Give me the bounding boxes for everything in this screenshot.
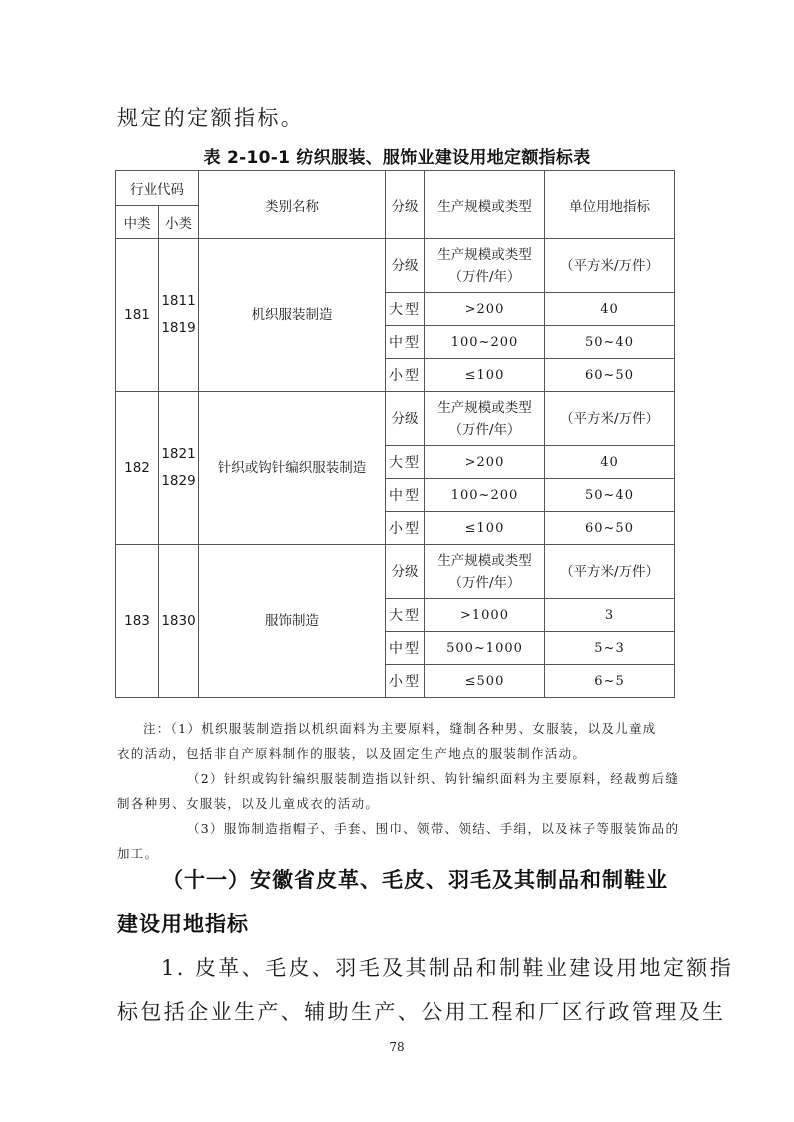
sub-class-code: 1830	[159, 608, 198, 635]
grade-subheader: 分级	[386, 239, 425, 293]
index-cell: 5~3	[545, 632, 675, 665]
note-line: 制各种男、女服装，以及儿童成衣的活动。	[117, 791, 677, 816]
scale-subheader: 生产规模或类型 （万件/年）	[425, 239, 545, 293]
grade-cell: 小型	[386, 665, 425, 698]
scale-cell: ≤500	[425, 665, 545, 698]
sub-class-cell: 1821 1829	[159, 392, 199, 545]
grade-cell: 小型	[386, 359, 425, 392]
sub-class-code: 1821	[159, 441, 198, 468]
header-land-index: 单位用地指标	[545, 171, 675, 239]
scale-cell: ≤100	[425, 512, 545, 545]
note-line: （3）服饰制造指帽子、手套、围巾、领带、领结、手绢，以及袜子等服装饰品的	[117, 816, 677, 841]
scale-cell: 100~200	[425, 479, 545, 512]
header-mid-class: 中类	[116, 206, 159, 239]
grade-subheader: 分级	[386, 392, 425, 446]
table-notes: 注：（1）机织服装制造指以机织面料为主要原料，缝制各种男、女服装，以及儿童成 衣…	[117, 716, 677, 866]
unit-subheader: （平方米/万件）	[545, 545, 675, 599]
note-line: 衣的活动，包括非自产原料制作的服装，以及固定生产地点的服装制作活动。	[117, 741, 677, 766]
grade-cell: 中型	[386, 632, 425, 665]
sub-class-cell: 1811 1819	[159, 239, 199, 392]
section-paragraph-line: 1. 皮革、毛皮、羽毛及其制品和制鞋业建设用地定额指	[161, 946, 721, 990]
index-cell: 60~50	[545, 359, 675, 392]
sub-class-code: 1829	[159, 468, 198, 495]
table-caption: 表 2-10-1 纺织服装、服饰业建设用地定额指标表	[0, 143, 794, 168]
section-heading: （十一）安徽省皮革、毛皮、羽毛及其制品和制鞋业	[162, 858, 668, 902]
grade-cell: 中型	[386, 326, 425, 359]
group-subheader-row: 183 1830 服饰制造 分级 生产规模或类型 （万件/年） （平方米/万件）	[116, 545, 675, 599]
scale-cell: 100~200	[425, 326, 545, 359]
index-cell: 40	[545, 293, 675, 326]
mid-class-cell: 183	[116, 545, 159, 698]
note-line: （2）针织或钩针编织服装制造指以针织、钩针编织面料为主要原料，经裁剪后缝	[117, 766, 677, 791]
grade-subheader: 分级	[386, 545, 425, 599]
scale-subheader-line1: 生产规模或类型	[425, 397, 544, 419]
header-grade: 分级	[386, 171, 425, 239]
mid-class-cell: 181	[116, 239, 159, 392]
header-scale: 生产规模或类型	[425, 171, 545, 239]
scale-cell: >200	[425, 293, 545, 326]
grade-cell: 大型	[386, 599, 425, 632]
scale-subheader-line2: （万件/年）	[425, 419, 544, 441]
scale-subheader: 生产规模或类型 （万件/年）	[425, 392, 545, 446]
index-cell: 3	[545, 599, 675, 632]
sub-class-cell: 1830	[159, 545, 199, 698]
unit-subheader: （平方米/万件）	[545, 392, 675, 446]
scale-cell: 500~1000	[425, 632, 545, 665]
index-cell: 50~40	[545, 326, 675, 359]
scale-subheader-line1: 生产规模或类型	[425, 244, 544, 266]
scale-subheader-line1: 生产规模或类型	[425, 550, 544, 572]
header-category-name: 类别名称	[199, 171, 386, 239]
index-cell: 50~40	[545, 479, 675, 512]
scale-subheader-line2: （万件/年）	[425, 572, 544, 594]
grade-cell: 小型	[386, 512, 425, 545]
section-heading-continued: 建设用地指标	[117, 902, 249, 946]
grade-cell: 大型	[386, 446, 425, 479]
grade-cell: 大型	[386, 293, 425, 326]
note-line: 注：（1）机织服装制造指以机织面料为主要原料，缝制各种男、女服装，以及儿童成	[117, 716, 677, 741]
scale-cell: ≤100	[425, 359, 545, 392]
mid-class-cell: 182	[116, 392, 159, 545]
document-page: 规定的定额指标。 表 2-10-1 纺织服装、服饰业建设用地定额指标表 行业代码…	[0, 0, 794, 1122]
section-paragraph-line: 标包括企业生产、辅助生产、公用工程和厂区行政管理及生	[117, 990, 677, 1034]
page-number: 78	[0, 1040, 794, 1054]
grade-cell: 中型	[386, 479, 425, 512]
land-quota-table: 行业代码 类别名称 分级 生产规模或类型 单位用地指标 中类 小类 181 18…	[115, 170, 675, 698]
scale-cell: >200	[425, 446, 545, 479]
category-name-cell: 针织或钩针编织服装制造	[199, 392, 386, 545]
intro-paragraph-line: 规定的定额指标。	[117, 96, 677, 140]
header-sub-class: 小类	[159, 206, 199, 239]
group-subheader-row: 181 1811 1819 机织服装制造 分级 生产规模或类型 （万件/年） （…	[116, 239, 675, 293]
sub-class-code: 1811	[159, 288, 198, 315]
sub-class-code: 1819	[159, 315, 198, 342]
index-cell: 6~5	[545, 665, 675, 698]
scale-subheader-line2: （万件/年）	[425, 266, 544, 288]
index-cell: 60~50	[545, 512, 675, 545]
group-subheader-row: 182 1821 1829 针织或钩针编织服装制造 分级 生产规模或类型 （万件…	[116, 392, 675, 446]
scale-cell: >1000	[425, 599, 545, 632]
table-header-row: 行业代码 类别名称 分级 生产规模或类型 单位用地指标	[116, 171, 675, 206]
unit-subheader: （平方米/万件）	[545, 239, 675, 293]
header-industry-code: 行业代码	[116, 171, 199, 206]
scale-subheader: 生产规模或类型 （万件/年）	[425, 545, 545, 599]
category-name-cell: 机织服装制造	[199, 239, 386, 392]
index-cell: 40	[545, 446, 675, 479]
category-name-cell: 服饰制造	[199, 545, 386, 698]
